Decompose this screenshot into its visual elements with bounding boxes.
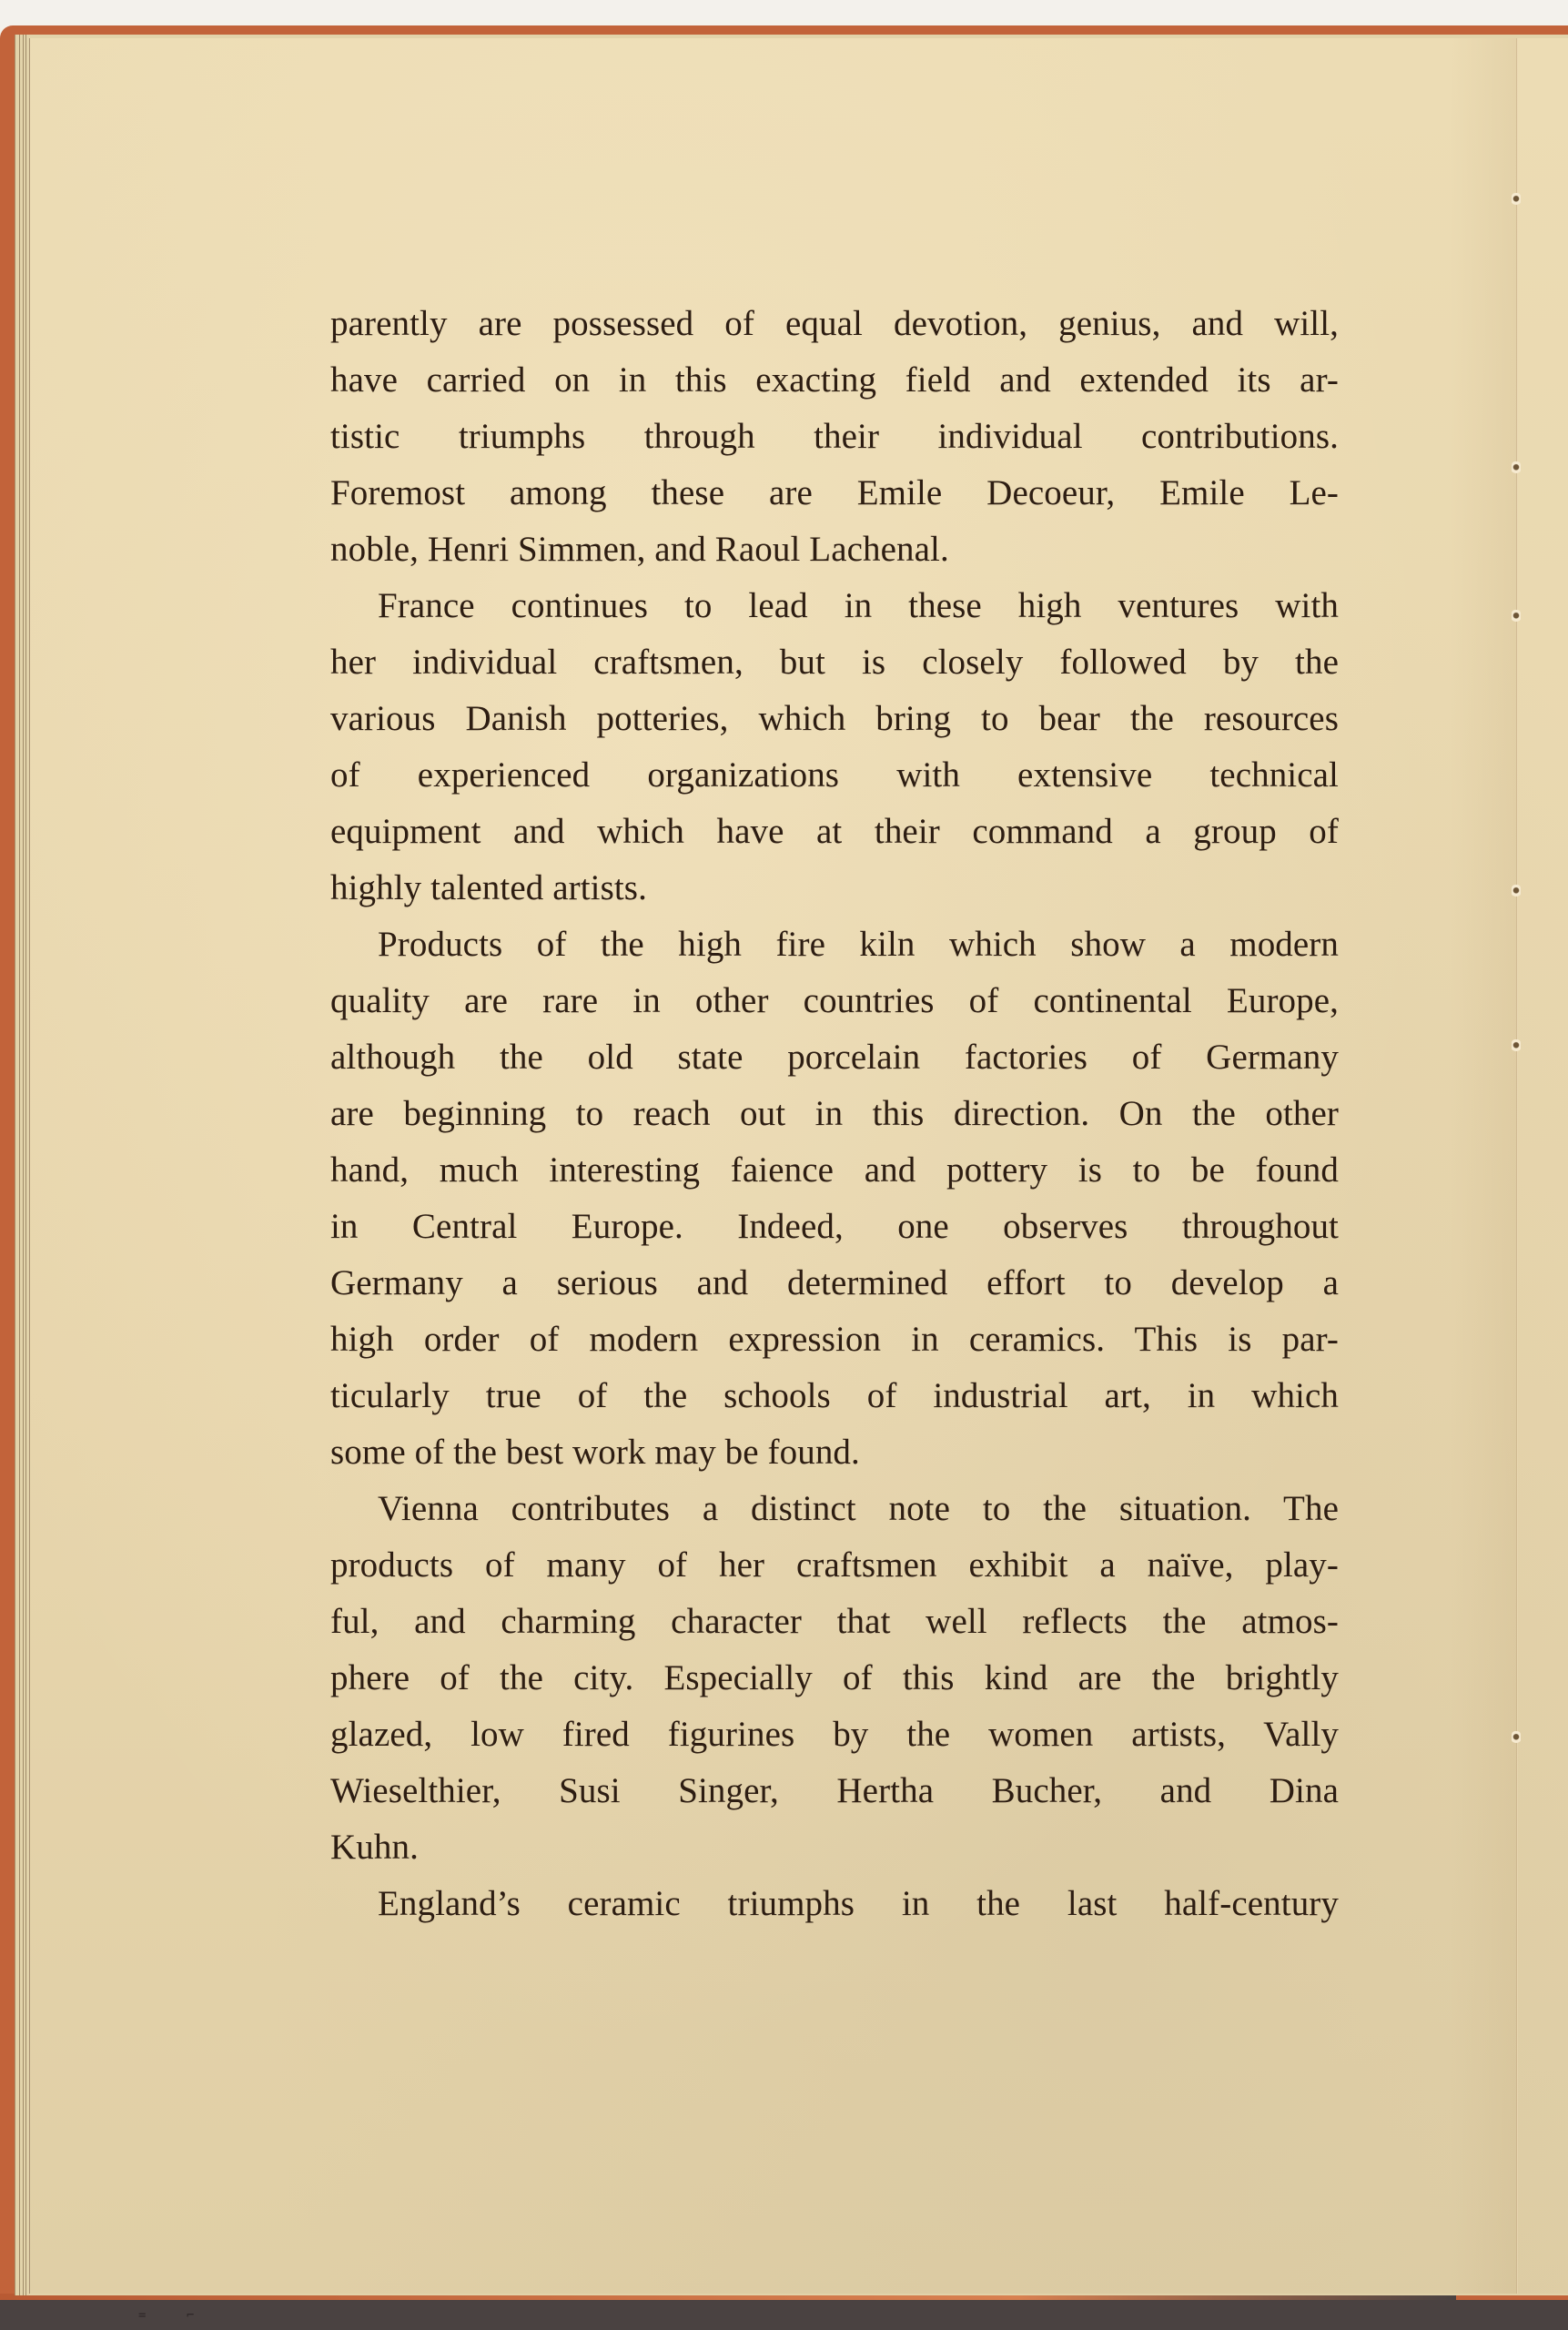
gutter-shadow bbox=[1450, 38, 1516, 2294]
text-line: in Central Europe. Indeed, one observes … bbox=[330, 1199, 1339, 1255]
page-edge-line bbox=[19, 35, 20, 2295]
text-line: equipment and which have at their comman… bbox=[330, 804, 1339, 860]
text-line: high order of modern expression in ceram… bbox=[330, 1312, 1339, 1368]
text-line: have carried on in this exacting field a… bbox=[330, 352, 1339, 409]
text-line: various Danish potteries, which bring to… bbox=[330, 691, 1339, 747]
text-line: Products of the high fire kiln which sho… bbox=[330, 917, 1339, 973]
text-line: glazed, low fired figurines by the women… bbox=[330, 1707, 1339, 1763]
text-line: tistic triumphs through their individual… bbox=[330, 409, 1339, 465]
scan-background-top bbox=[0, 0, 1568, 27]
text-line: phere of the city. Especially of this ki… bbox=[330, 1650, 1339, 1707]
text-line: although the old state porcelain factori… bbox=[330, 1029, 1339, 1086]
binding-stitch-icon bbox=[1512, 461, 1521, 474]
text-line: are beginning to reach out in this direc… bbox=[330, 1086, 1339, 1142]
scan-mark: = bbox=[138, 2309, 146, 2322]
paragraph: England’s ceramic triumphs in the last h… bbox=[330, 1876, 1339, 1932]
text-line: of experienced organizations with extens… bbox=[330, 747, 1339, 804]
binding-stitch-icon bbox=[1512, 193, 1521, 206]
text-line: noble, Henri Simmen, and Raoul Lachenal. bbox=[330, 522, 1339, 578]
text-line: ticularly true of the schools of industr… bbox=[330, 1368, 1339, 1424]
body-text: parently are possessed of equal devotion… bbox=[330, 296, 1339, 1932]
scan-background-bottom: = ⌐ bbox=[0, 2300, 1568, 2330]
text-line: quality are rare in other countries of c… bbox=[330, 973, 1339, 1029]
text-line: her individual craftsmen, but is closely… bbox=[330, 634, 1339, 691]
binding-stitch-icon bbox=[1512, 610, 1521, 623]
binding-stitch-icon bbox=[1512, 1039, 1521, 1052]
text-line: Wieselthier, Susi Singer, Hertha Bucher,… bbox=[330, 1763, 1339, 1819]
paragraph: France continues to lead in these high v… bbox=[330, 578, 1339, 917]
text-line: some of the best work may be found. bbox=[330, 1424, 1339, 1481]
text-line: England’s ceramic triumphs in the last h… bbox=[330, 1876, 1339, 1932]
binding-stitch-icon bbox=[1512, 885, 1521, 897]
text-line: Vienna contributes a distinct note to th… bbox=[330, 1481, 1339, 1537]
text-line: France continues to lead in these high v… bbox=[330, 578, 1339, 634]
text-line: Germany a serious and determined effort … bbox=[330, 1255, 1339, 1312]
text-line: ful, and charming character that well re… bbox=[330, 1594, 1339, 1650]
binding-stitch-icon bbox=[1512, 1731, 1521, 1744]
text-line: Kuhn. bbox=[330, 1819, 1339, 1876]
text-line: parently are possessed of equal devotion… bbox=[330, 296, 1339, 352]
book-page: parently are possessed of equal devotion… bbox=[29, 38, 1568, 2294]
page-edge-line bbox=[25, 35, 26, 2295]
gutter-fold-line bbox=[1516, 38, 1518, 2294]
text-line: hand, much interesting faience and potte… bbox=[330, 1142, 1339, 1199]
text-line: highly talented artists. bbox=[330, 860, 1339, 917]
paragraph: Products of the high fire kiln which sho… bbox=[330, 917, 1339, 1481]
scan-mark: ⌐ bbox=[187, 2309, 194, 2322]
text-line: products of many of her craftsmen exhibi… bbox=[330, 1537, 1339, 1594]
paragraph: Vienna contributes a distinct note to th… bbox=[330, 1481, 1339, 1876]
text-line: Foremost among these are Emile Decoeur, … bbox=[330, 465, 1339, 522]
paragraph: parently are possessed of equal devotion… bbox=[330, 296, 1339, 578]
page-edge-line bbox=[23, 35, 24, 2295]
